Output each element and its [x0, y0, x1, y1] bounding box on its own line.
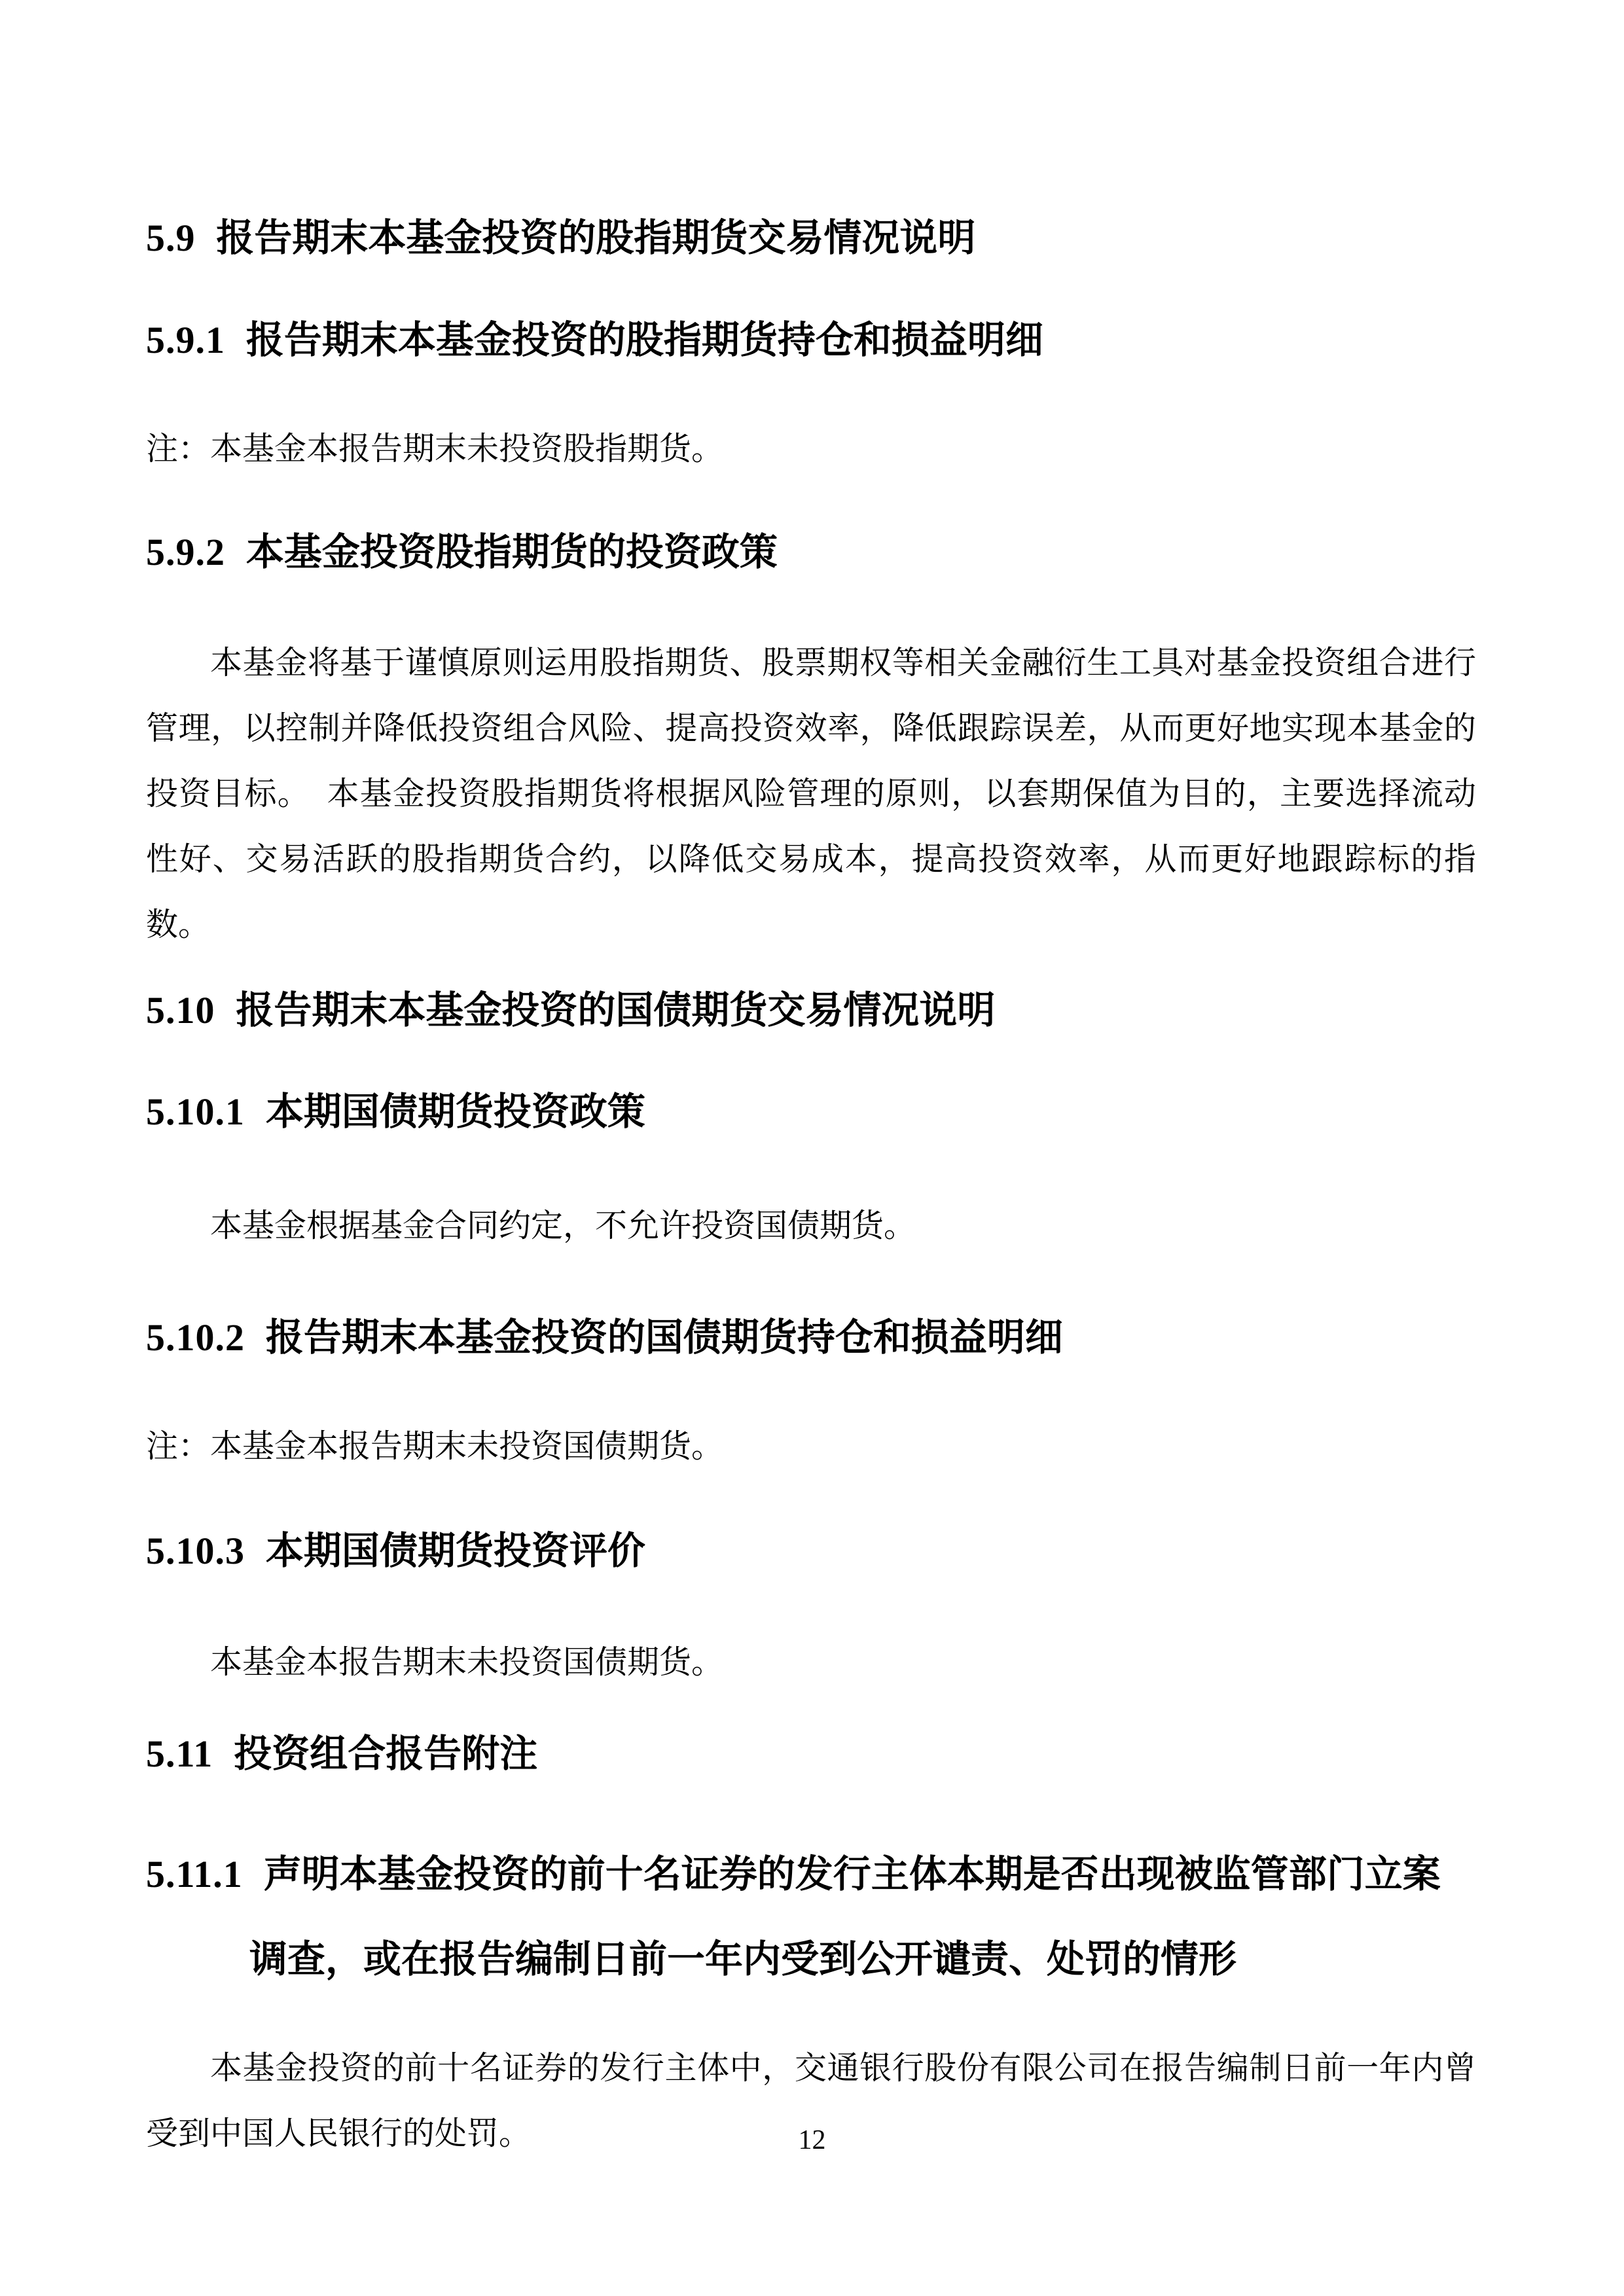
heading-title: 报告期末本基金投资的股指期货交易情况说明 — [216, 217, 975, 259]
heading-number: 5.9 — [146, 217, 196, 259]
page-number: 12 — [0, 2124, 1624, 2157]
document-page: 5.9报告期末本基金投资的股指期货交易情况说明 5.9.1报告期末本基金投资的股… — [0, 0, 1624, 2296]
heading-number: 5.9.1 — [146, 319, 225, 361]
heading-number: 5.10.1 — [146, 1090, 245, 1133]
page-content: 5.9报告期末本基金投资的股指期货交易情况说明 5.9.1报告期末本基金投资的股… — [146, 0, 1476, 2166]
heading-5-9: 5.9报告期末本基金投资的股指期货交易情况说明 — [146, 215, 1476, 262]
heading-5-9-2: 5.9.2本基金投资股指期货的投资政策 — [146, 529, 1476, 576]
note-5-9-1: 注：本基金本报告期末未投资股指期货。 — [146, 429, 1476, 469]
paragraph-5-9-2: 本基金将基于谨慎原则运用股指期货、股票期权等相关金融衍生工具对基金投资组合进行管… — [146, 630, 1476, 958]
heading-title: 报告期末本基金投资的国债期货持仓和损益明细 — [266, 1316, 1063, 1359]
heading-5-10-2: 5.10.2报告期末本基金投资的国债期货持仓和损益明细 — [146, 1314, 1476, 1361]
heading-title: 本期国债期货投资评价 — [266, 1530, 645, 1572]
heading-5-10: 5.10报告期末本基金投资的国债期货交易情况说明 — [146, 987, 1476, 1034]
heading-5-10-3: 5.10.3本期国债期货投资评价 — [146, 1528, 1476, 1575]
heading-number: 5.9.2 — [146, 531, 225, 573]
heading-number: 5.10.2 — [146, 1316, 245, 1359]
paragraph-5-10-3: 本基金本报告期末未投资国债期货。 — [146, 1630, 1476, 1695]
heading-title: 本期国债期货投资政策 — [266, 1090, 645, 1133]
heading-5-11-1: 5.11.1声明本基金投资的前十名证券的发行主体本期是否出现被监管部门立案调查，… — [146, 1832, 1476, 2002]
heading-number: 5.11.1 — [146, 1853, 243, 1895]
heading-title: 投资组合报告附注 — [234, 1732, 537, 1775]
heading-title: 本基金投资股指期货的投资政策 — [246, 531, 778, 573]
heading-title: 报告期末本基金投资的股指期货持仓和损益明细 — [246, 319, 1043, 361]
heading-5-9-1: 5.9.1报告期末本基金投资的股指期货持仓和损益明细 — [146, 317, 1476, 364]
heading-5-11: 5.11投资组合报告附注 — [146, 1731, 1476, 1778]
heading-title: 报告期末本基金投资的国债期货交易情况说明 — [236, 989, 995, 1031]
heading-number: 5.10 — [146, 989, 215, 1031]
paragraph-5-10-1: 本基金根据基金合同约定，不允许投资国债期货。 — [146, 1193, 1476, 1259]
note-5-10-2: 注：本基金本报告期末未投资国债期货。 — [146, 1427, 1476, 1466]
heading-number: 5.11 — [146, 1732, 213, 1775]
heading-title: 声明本基金投资的前十名证券的发行主体本期是否出现被监管部门立案调查，或在报告编制… — [249, 1853, 1441, 1981]
heading-5-10-1: 5.10.1本期国债期货投资政策 — [146, 1088, 1476, 1136]
heading-number: 5.10.3 — [146, 1530, 245, 1572]
